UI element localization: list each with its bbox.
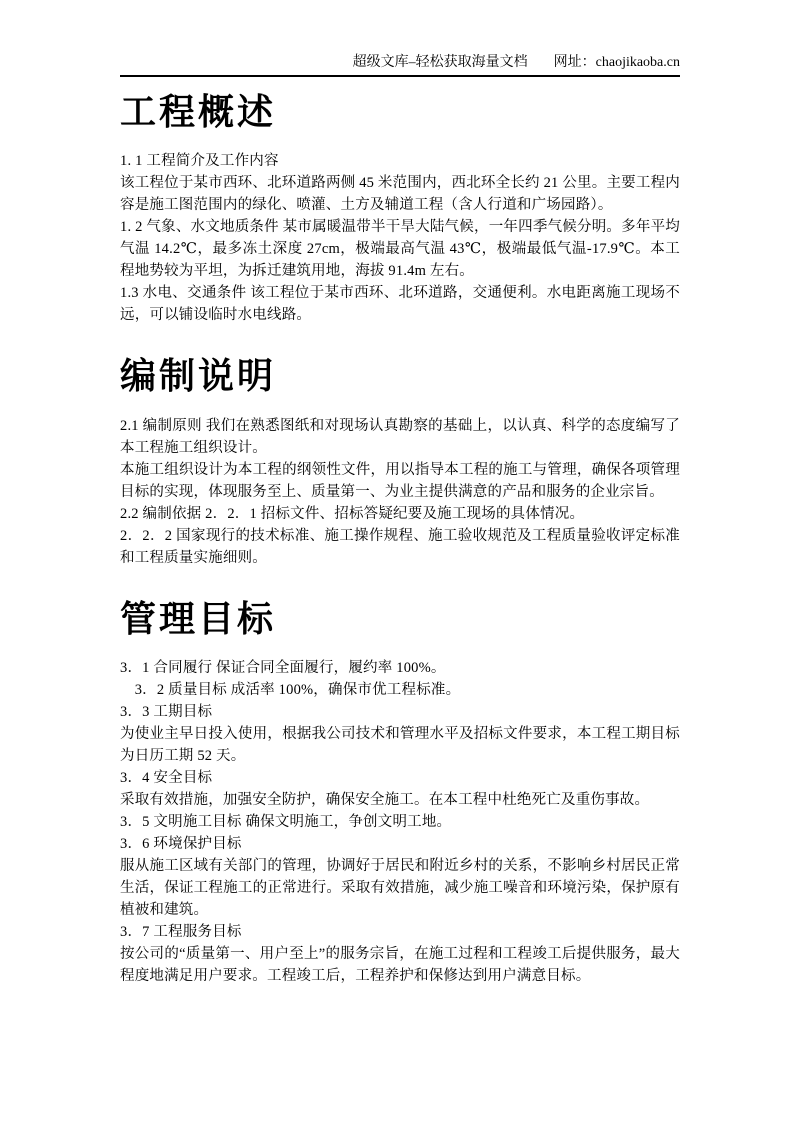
header-url-group: 网址：chaojikaoba.cn — [554, 55, 680, 70]
header-site-name: 超级文库–轻松获取海量文档 — [353, 55, 528, 70]
header-rule — [120, 75, 680, 77]
header-url: chaojikaoba.cn — [596, 55, 680, 70]
doc-paragraph: 为使业主早日投入使用，根据我公司技术和管理水平及招标文件要求，本工程工期目标为日… — [120, 723, 680, 767]
doc-paragraph: 3．1 合同履行 保证合同全面履行，履约率 100%。 — [120, 657, 680, 679]
doc-paragraph: 3．7 工程服务目标 — [120, 921, 680, 943]
section-project-overview: 工程概述 1. 1 工程简介及工作内容 该工程位于某市西环、北环道路两侧 45 … — [120, 92, 680, 326]
section-management-goals: 管理目标 3．1 合同履行 保证合同全面履行，履约率 100%。 3．2 质量目… — [120, 599, 680, 987]
document-page: 超级文库–轻松获取海量文档网址：chaojikaoba.cn 工程概述 1. 1… — [0, 0, 793, 1122]
doc-paragraph: 本施工组织设计为本工程的纲领性文件，用以指导本工程的施工与管理，确保各项管理目标… — [120, 459, 680, 503]
section-title-project-overview: 工程概述 — [120, 92, 680, 133]
section-compilation-notes: 编制说明 2.1 编制原则 我们在熟悉图纸和对现场认真勘察的基础上，以认真、科学… — [120, 356, 680, 568]
doc-paragraph: 1.3 水电、交通条件 该工程位于某市西环、北环道路，交通便利。水电距离施工现场… — [120, 282, 680, 326]
doc-paragraph: 3．4 安全目标 — [120, 767, 680, 789]
doc-paragraph: 2.1 编制原则 我们在熟悉图纸和对现场认真勘察的基础上，以认真、科学的态度编写… — [120, 415, 680, 459]
doc-paragraph: 2.2 编制依据 2．2．1 招标文件、招标答疑纪要及施工现场的具体情况。 — [120, 503, 680, 525]
header-url-label: 网址： — [554, 55, 596, 70]
doc-paragraph: 1. 2 气象、水文地质条件 某市属暖温带半干旱大陆气候，一年四季气候分明。多年… — [120, 216, 680, 282]
doc-paragraph: 按公司的“质量第一、用户至上”的服务宗旨，在施工过程和工程竣工后提供服务，最大程… — [120, 943, 680, 987]
doc-paragraph: 服从施工区域有关部门的管理，协调好于居民和附近乡村的关系，不影响乡村居民正常生活… — [120, 855, 680, 921]
page-header: 超级文库–轻松获取海量文档网址：chaojikaoba.cn — [120, 54, 680, 71]
doc-paragraph: 3．5 文明施工目标 确保文明施工，争创文明工地。 — [120, 811, 680, 833]
doc-paragraph: 该工程位于某市西环、北环道路两侧 45 米范围内，西北环全长约 21 公里。主要… — [120, 172, 680, 216]
section-title-compilation-notes: 编制说明 — [120, 356, 680, 397]
doc-paragraph: 采取有效措施，加强安全防护，确保安全施工。在本工程中杜绝死亡及重伤事故。 — [120, 789, 680, 811]
doc-paragraph: 3．3 工期目标 — [120, 701, 680, 723]
doc-paragraph: 3．6 环境保护目标 — [120, 833, 680, 855]
doc-paragraph: 2．2．2 国家现行的技术标准、施工操作规程、施工验收规范及工程质量验收评定标准… — [120, 525, 680, 569]
section-title-management-goals: 管理目标 — [120, 599, 680, 640]
doc-paragraph: 1. 1 工程简介及工作内容 — [120, 150, 680, 172]
doc-paragraph: 3．2 质量目标 成活率 100%，确保市优工程标准。 — [120, 679, 680, 701]
